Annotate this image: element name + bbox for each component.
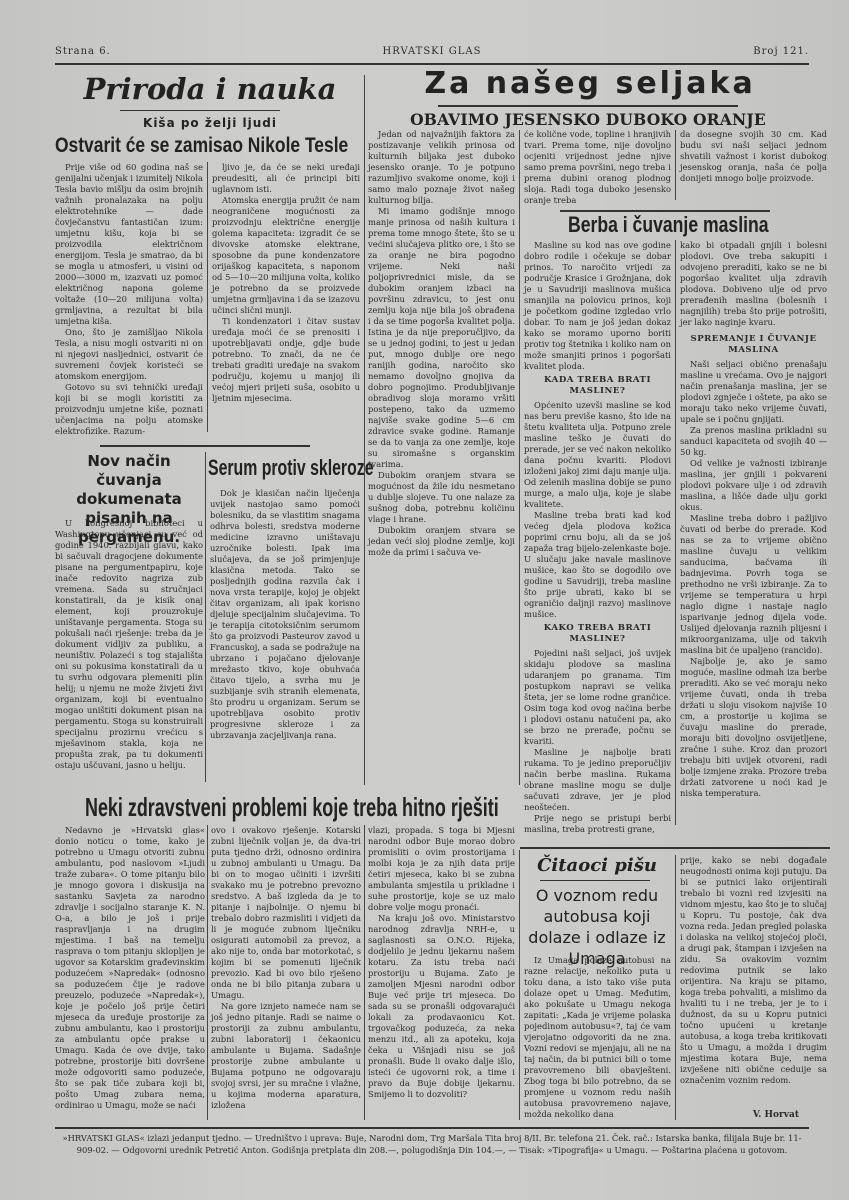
headline-tesla: Ostvarit će se zamisao Nikole Tesle (55, 134, 348, 158)
article-paragraph: Mi imamo godišnje mnogo manje prinosa od… (368, 206, 515, 470)
divider (100, 445, 310, 447)
headline-health: Neki zdravstveni problemi koje treba hit… (85, 792, 499, 823)
article-text: da dosegne svojih 30 cm. Kad budu svi na… (680, 129, 827, 184)
article-health-col2: ovo i ovakovo rješenje. Kotarski zubni l… (211, 825, 361, 1111)
masthead: Strana 6. HRVATSKI GLAS Broj 121. (55, 40, 809, 62)
section-title-letters: Čitaoci pišu (522, 855, 672, 876)
imprint: »HRVATSKI GLAS« izlazi jedanput tjedno. … (55, 1132, 809, 1156)
divider (520, 847, 830, 849)
article-parchment: U kongresnoj biblioteci u Washingtonu uč… (55, 518, 203, 771)
column-rule (207, 162, 208, 432)
article-text: ljivo je, da će se neki uređaji preudesi… (212, 162, 360, 195)
article-health-col1: Nedavno je »Hrvatski glas« donio noticu … (55, 825, 205, 1111)
article-text: vlazi, propada. S toga bi Mjesni narodni… (368, 825, 515, 913)
divider (120, 110, 280, 111)
article-paragraph: Dubokim oranjem stvara se mogućnost da ž… (368, 470, 515, 525)
column-rule (364, 825, 365, 1120)
article-text: Masline su kod nas ove godine dobro rodi… (524, 240, 671, 372)
article-text: Prije više od 60 godina naš se genijalni… (55, 162, 203, 327)
headline-serum: Serum protiv skleroze (208, 455, 374, 481)
article-text: će količne vode, topline i hranjivih tva… (524, 129, 671, 206)
article-text: Jedan od najvažnijih faktora za postizav… (368, 129, 515, 206)
article-paragraph: Na gore iznjeto nameće nam se još jedno … (211, 1001, 361, 1111)
article-bus-col1: Iz Umaga polaze autobusi na razne relaci… (524, 955, 671, 1120)
article-paragraph: Najbolje je, ako je samo moguće, masline… (680, 656, 827, 799)
article-olives-col2: kako bi otpadali gnjili i bolesni plodov… (680, 240, 827, 799)
subheading: KADA TREBA BRATI MASLINE? (524, 375, 671, 397)
article-paragraph: Masline je najbolje brati rukama. To je … (524, 747, 671, 813)
article-text: ovo i ovakovo rješenje. Kotarski zubni l… (211, 825, 361, 1001)
kicker: Kiša po želji ljudi (60, 116, 360, 130)
masthead-rule (55, 63, 809, 65)
subheading: KAKO TREBA BRATI MASLINE? (524, 623, 671, 645)
column-rule (205, 452, 206, 782)
column-rule (675, 855, 676, 1120)
section-title-farmers: Za našeg seljaka (370, 66, 810, 101)
headline-plowing: OBAVIMO JESENSKO DUBOKO ORANJE (368, 110, 808, 129)
page-number: Strana 6. (55, 46, 111, 57)
article-paragraph: Na kraju još ovo. Ministarstvo narodnog … (368, 913, 515, 1100)
article-bus-col2: prije, kako se nebi događale neugodnosti… (680, 855, 827, 1086)
divider (540, 880, 650, 881)
article-health-col3: vlazi, propada. S toga bi Mjesni narodni… (368, 825, 515, 1100)
article-text: U kongresnoj biblioteci u Washingtonu uč… (55, 518, 203, 771)
footer-rule (55, 1127, 809, 1129)
article-text: Iz Umaga polaze autobusi na razne relaci… (524, 955, 671, 1120)
issue-number: Broj 121. (753, 46, 809, 57)
article-paragraph: Masline treba dobro i pažljivo čuvati od… (680, 513, 827, 656)
article-plowing-col1: Jedan od najvažnijih faktora za postizav… (368, 129, 515, 558)
section-rule (364, 75, 365, 785)
column-rule (675, 240, 676, 825)
divider (438, 105, 738, 107)
column-rule (675, 130, 676, 200)
newspaper-page: Strana 6. HRVATSKI GLAS Broj 121. Prirod… (0, 0, 849, 1200)
column-rule (207, 825, 208, 1120)
article-paragraph: Dubokim oranjem stvara se jedan veći slo… (368, 525, 515, 558)
section-title-science: Priroda i nauka (60, 72, 360, 106)
article-text: Naši seljaci obično prenašaju masline u … (680, 359, 827, 425)
author-signature: V. Horvat (753, 1110, 799, 1120)
article-plowing-col3: da dosegne svojih 30 cm. Kad budu svi na… (680, 129, 827, 184)
article-serum: Dok je klasičan način liječenja uvijek n… (210, 488, 360, 741)
paper-name: HRVATSKI GLAS (383, 46, 482, 57)
article-text: kako bi otpadali gnjili i bolesni plodov… (680, 240, 827, 328)
article-text: Dok je klasičan način liječenja uvijek n… (210, 488, 360, 741)
article-paragraph: Atomska energija pružit će nam neogranič… (212, 195, 360, 316)
article-text: Pojedini naši seljaci, još uvijek skidaj… (524, 648, 671, 747)
article-text: prije, kako se nebi događale neugodnosti… (680, 855, 827, 1086)
column-rule (519, 130, 520, 785)
article-paragraph: Od velike je važnosti izbiranje maslina,… (680, 458, 827, 513)
article-paragraph: Ono, što je zamišljao Nikola Tesla, a ni… (55, 327, 203, 382)
article-tesla-col2: ljivo je, da će se neki uređaji preudesi… (212, 162, 360, 404)
headline-olives: Berba i čuvanje maslina (568, 212, 769, 238)
column-rule (519, 850, 520, 1120)
article-text: Općenito uzevši masline se kod nas beru … (524, 400, 671, 510)
article-paragraph: Ti kondenzatori i čitav sustav uređaja m… (212, 316, 360, 404)
article-paragraph: Gotovo su svi tehnički uređaji koji bi s… (55, 382, 203, 437)
article-paragraph: Masline treba brati kad kod većeg djela … (524, 510, 671, 620)
article-paragraph: Prije nego se pristupi berbi maslina, tr… (524, 813, 671, 835)
article-tesla-col1: Prije više od 60 godina naš se genijalni… (55, 162, 203, 437)
article-paragraph: Za prenos maslina prikladni su sanduci k… (680, 425, 827, 458)
article-plowing-col2: će količne vode, topline i hranjivih tva… (524, 129, 671, 206)
article-text: Nedavno je »Hrvatski glas« donio noticu … (55, 825, 205, 1111)
article-olives-col1: Masline su kod nas ove godine dobro rodi… (524, 240, 671, 835)
subheading: SPREMANJE I ČUVANJE MASLINA (680, 334, 827, 356)
